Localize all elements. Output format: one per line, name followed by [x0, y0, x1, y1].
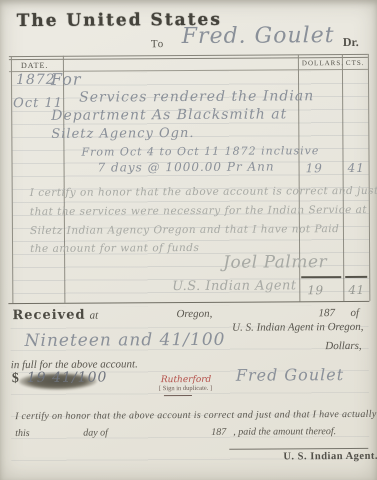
total-dollars: 19 — [307, 283, 323, 297]
footer-this-word: this — [15, 428, 30, 439]
amount-in-figures: 19 41/100 — [27, 369, 108, 385]
entry-year: 1872 — [16, 72, 56, 88]
received-word: Received — [12, 308, 85, 323]
to-label: To — [151, 38, 165, 50]
payee-name-handwritten: Fred. Goulet — [182, 23, 335, 49]
red-stamp-name: Rutherford — [161, 375, 211, 385]
cert-line-1: I certify on honor that the above accoun… — [30, 185, 377, 199]
footer-agent-title: U. S. Indian Agent. — [283, 451, 377, 463]
amount-in-words: Nineteen and 41/100 — [25, 330, 226, 351]
footer-paid-text: , paid the amount thereof. — [233, 426, 336, 438]
date-column-header: DATE. — [21, 61, 49, 70]
dollars-column-header: DOLLARS. — [302, 59, 344, 67]
entry-line-1: Services rendered the Indian — [79, 88, 314, 105]
entry-line-5: 7 days @ 1000.00 Pr Ann — [98, 159, 275, 174]
receipt-section-rule — [8, 301, 369, 304]
footer-year: 187 — [211, 427, 226, 438]
entry-amount-dollars: 19 — [306, 161, 323, 175]
entry-line-2: Department As Blacksmith at — [51, 106, 287, 123]
voucher-document: The United States To Fred. Goulet Dr. DA… — [0, 0, 377, 480]
dr-label: Dr. — [343, 35, 359, 50]
dollars-word: Dollars, — [325, 340, 361, 352]
place-printed: Oregon, — [176, 308, 212, 320]
cert-line-2: that the services were necessary for the… — [30, 204, 367, 218]
currency-sign: $ — [12, 371, 19, 387]
total-cents: 41 — [348, 283, 364, 297]
total-rule-cents — [345, 276, 367, 278]
year-blank: 187 — [318, 307, 335, 319]
agent-signature: Joel Palmer — [223, 252, 327, 273]
of-word: of — [350, 307, 359, 319]
entry-amount-cents: 41 — [348, 161, 365, 175]
total-rule-dollars — [301, 276, 341, 278]
cents-column-header: CTS. — [346, 59, 365, 67]
cert-line-3: Siletz Indian Agency Oregon and that I h… — [30, 223, 340, 237]
agent-signature-title: U.S. Indian Agent — [172, 278, 296, 294]
stamp-dash — [164, 395, 192, 396]
cert-line-4: the amount for want of funds — [30, 242, 199, 255]
agent-in-oregon-line: U. S. Indian Agent in Oregon, — [232, 321, 363, 334]
payee-signature: Fred Goulet — [236, 365, 344, 385]
footer-certify-line: I certify on honor that the above accoun… — [15, 409, 377, 422]
received-at-line: Received at — [12, 306, 98, 325]
red-stamp-caption: [ Sign in duplicate. ] — [159, 385, 212, 392]
entry-line-3: Siletz Agency Ogn. — [51, 126, 194, 142]
entry-line-4: From Oct 4 to Oct 11 1872 inclusive — [81, 144, 319, 158]
at-word: at — [90, 310, 99, 322]
entry-for: For — [51, 70, 82, 89]
footer-day-of: day of — [83, 427, 108, 438]
